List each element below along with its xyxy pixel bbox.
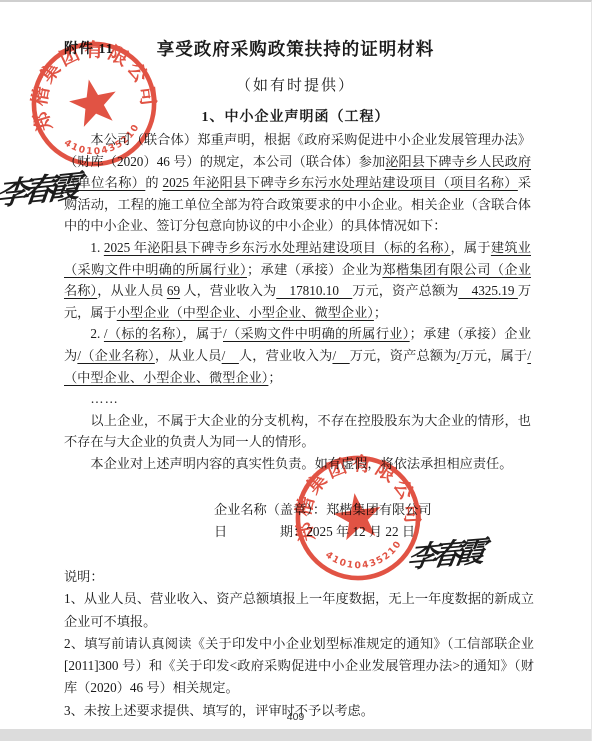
company-name-value: 郑楷集团有限公司 (326, 502, 432, 517)
note-item-2: 2、填写前请认真阅读《关于印发中小企业划型标准规定的通知》（工信部联企业[201… (64, 633, 534, 700)
date-line: 日 期：2025 年 12 月 22 日 (214, 521, 432, 543)
notes-heading: 说明： (64, 566, 534, 588)
attachment-label: 附件 11 (64, 38, 114, 58)
declaration-body: 本公司（联合体）郑重声明，根据《政府采购促进中小企业发展管理办法》（财库（202… (64, 129, 531, 475)
notes-section: 说明： 1、从业人员、营业收入、资产总额填报上一年度数据，无上一年度数据的新成立… (64, 566, 534, 722)
note-item-1: 1、从业人员、营业收入、资产总额填报上一年度数据，无上一年度数据的新成立企业可不… (64, 588, 534, 633)
document-page: 附件 11 享受政府采购政策扶持的证明材料 （如有时提供） 1、中小企业声明函（… (0, 0, 592, 741)
date-value: 2025 年 12 月 22 日 (306, 524, 415, 539)
declaration-intro: 本公司（联合体）郑重声明，根据《政府采购促进中小企业发展管理办法》（财库（202… (64, 129, 531, 237)
page-subtitle: （如有时提供） (0, 74, 591, 95)
document-header: 附件 11 享受政府采购政策扶持的证明材料 (0, 36, 591, 62)
declaration-closing-1: 以上企业，不属于大企业的分支机构，不存在控股股东为大企业的情形，也不存在与大企业… (64, 410, 531, 453)
declaration-item-1: 1. 2025 年泌阳县下碑寺乡东污水处理站建设项目（标的名称），属于建筑业（采… (64, 237, 531, 323)
company-name-line: 企业名称（盖章）：郑楷集团有限公司 (214, 499, 432, 521)
declaration-item-2: 2. /（标的名称），属于/（采购文件中明确的所属行业）；承建（承接）企业为/（… (64, 323, 531, 388)
page-number: 409 (0, 711, 591, 723)
page-bottom-edge (0, 729, 591, 741)
date-label: 日 期： (214, 524, 306, 539)
ellipsis-line: …… (64, 388, 531, 410)
signature-block: 企业名称（盖章）：郑楷集团有限公司 日 期：2025 年 12 月 22 日 (214, 499, 432, 543)
declaration-closing-2: 本企业对上述声明内容的真实性负责。如有虚假，将依法承担相应责任。 (64, 453, 531, 475)
company-name-label: 企业名称（盖章）： (214, 502, 326, 517)
section-heading: 1、中小企业声明函（工程） (0, 106, 591, 126)
